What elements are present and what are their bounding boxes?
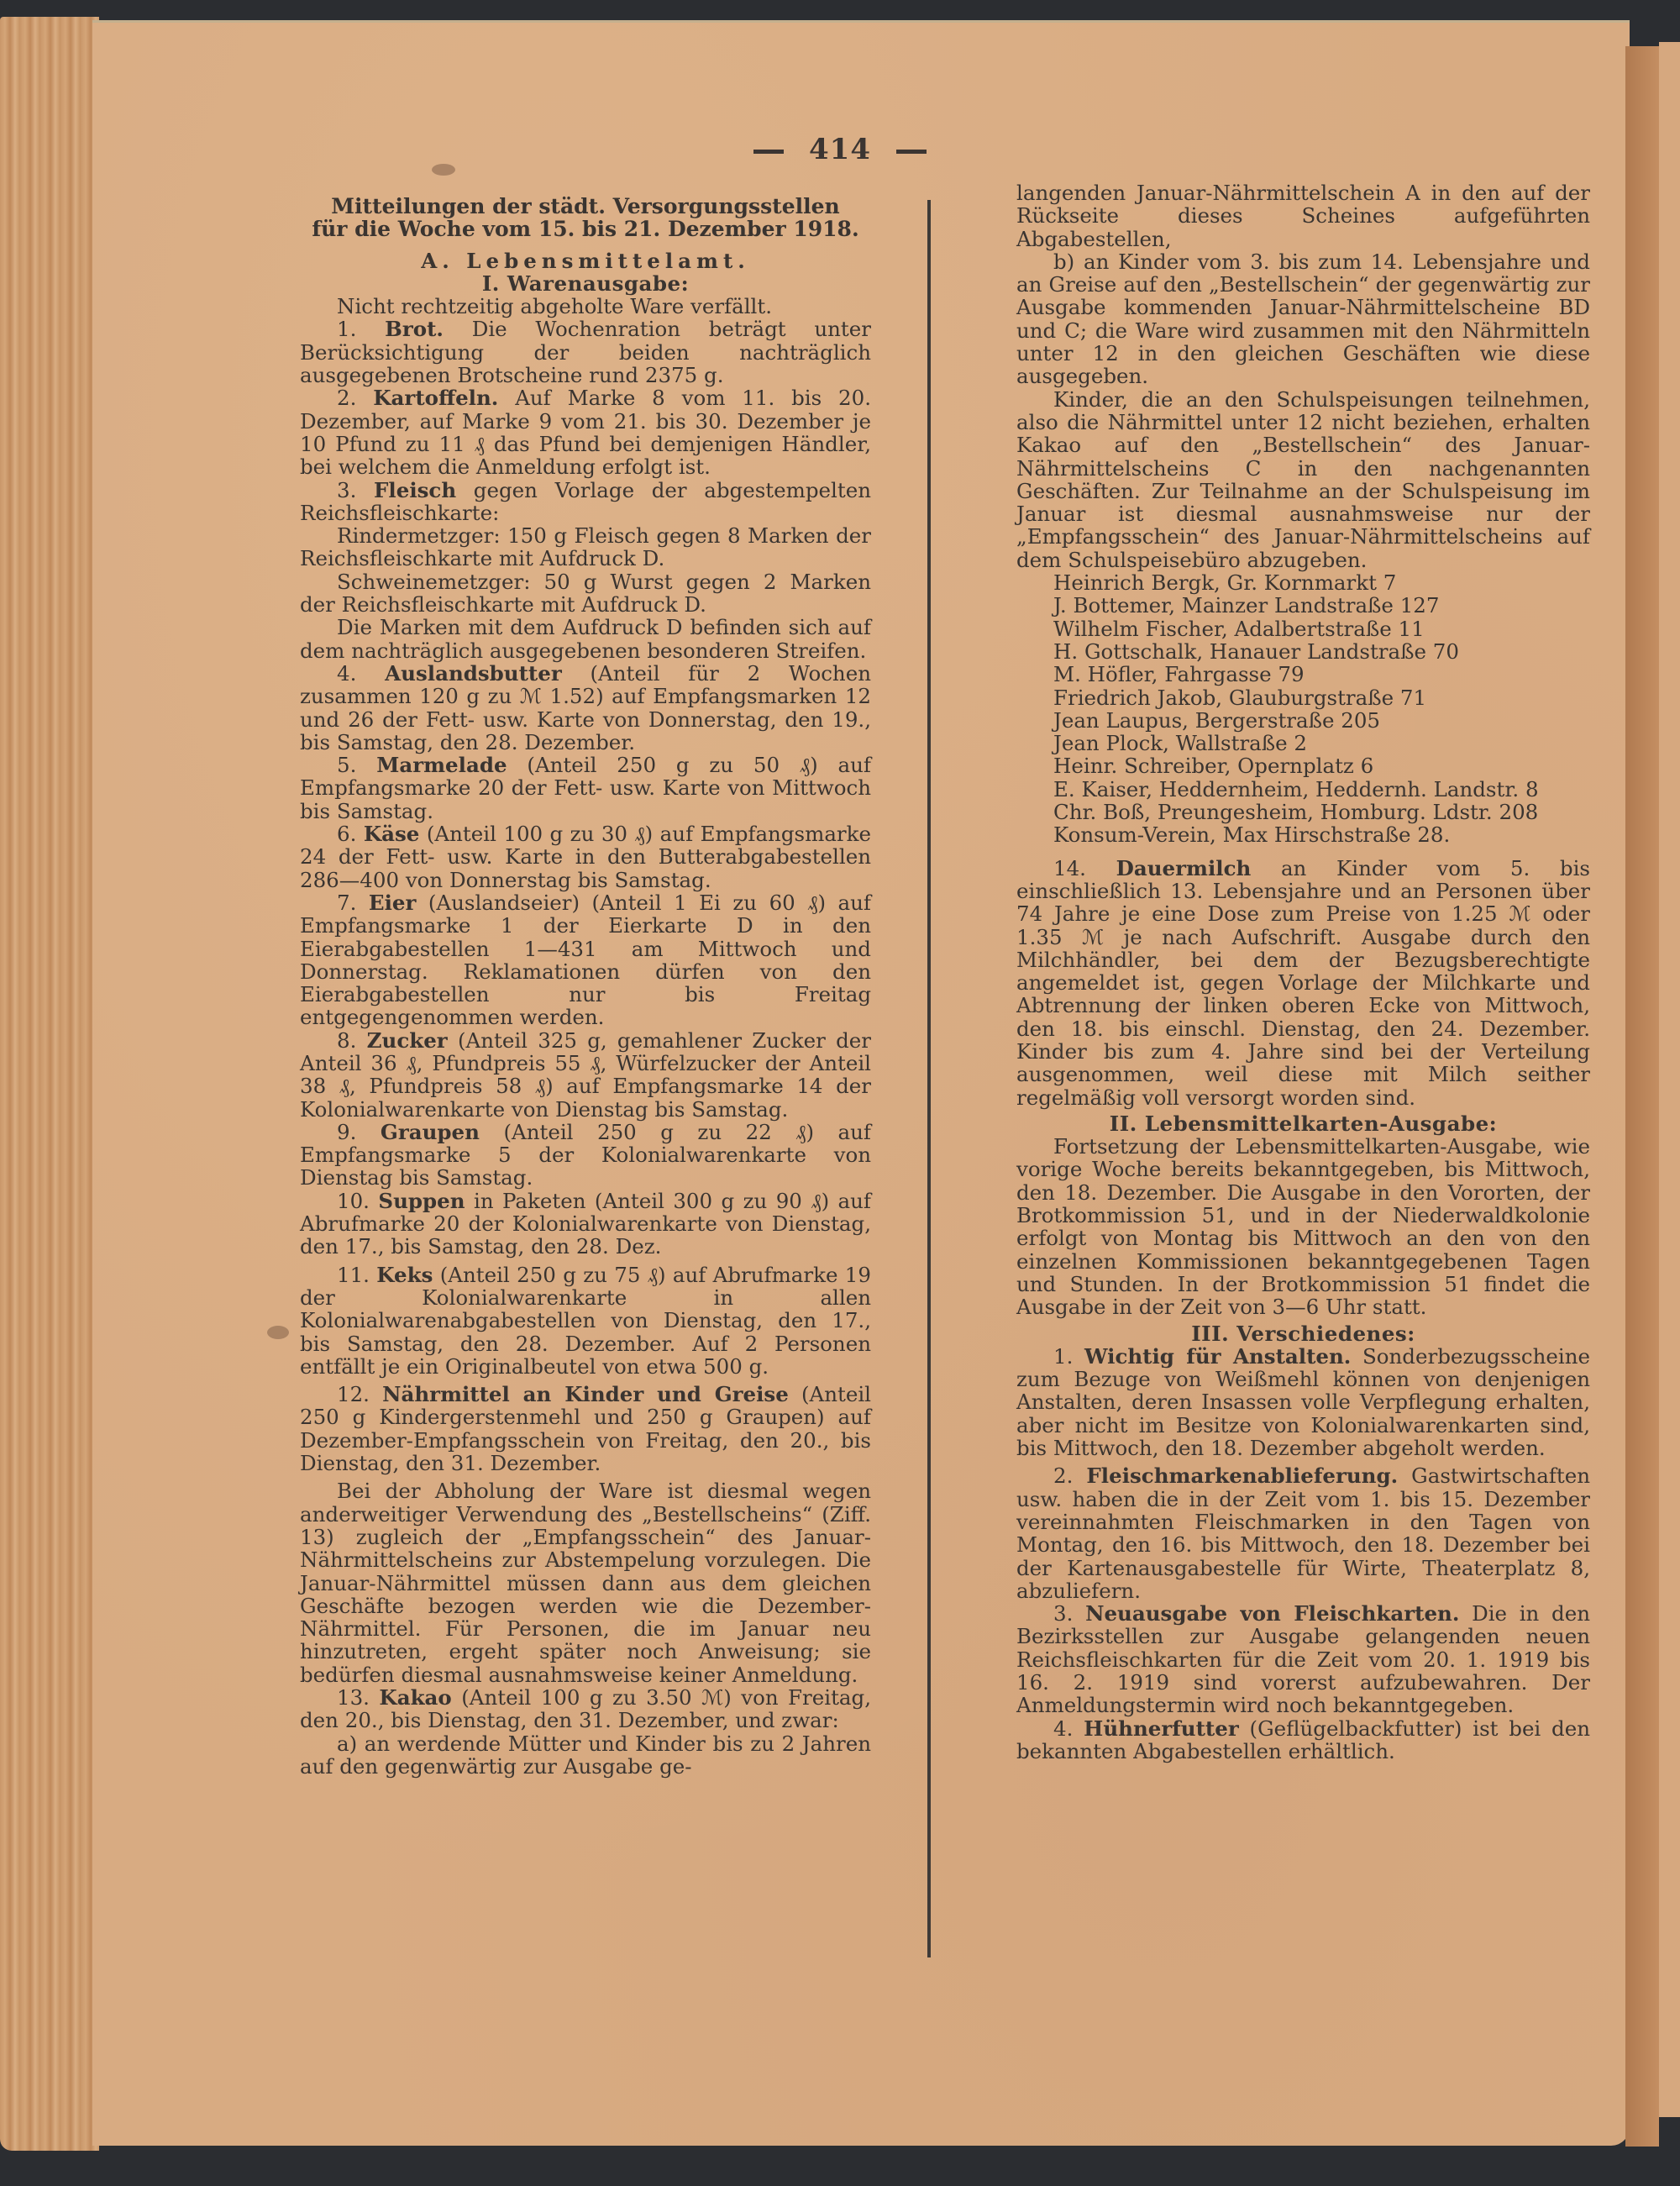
subsection-heading-1: I. Warenausgabe:: [300, 272, 871, 295]
address-list-item: E. Kaiser, Heddernheim, Heddernh. Landst…: [1016, 778, 1590, 801]
item-13: 13. Kakao (Anteil 100 g zu 3.50 ℳ) von F…: [300, 1686, 871, 1732]
address-list-item: H. Gottschalk, Hanauer Landstraße 70: [1016, 640, 1590, 663]
item-1: 1. Brot. Die Wochenration beträgt unter …: [300, 318, 871, 386]
address-list-item: Jean Plock, Wallstraße 2: [1016, 732, 1590, 754]
column-divider: [927, 200, 931, 1957]
item-9: 9. Graupen (Anteil 250 g zu 22 ₰) auf Em…: [300, 1121, 871, 1190]
address-list-item: Heinr. Schreiber, Opernplatz 6: [1016, 754, 1590, 777]
item-8: 8. Zucker (Anteil 325 g, gemahlener Zuck…: [300, 1029, 871, 1121]
misc-item-4: 4. Hühnerfutter (Geflügelbackfutter) ist…: [1016, 1717, 1590, 1763]
page-number-value: 414: [809, 133, 871, 166]
ink-stain: [267, 1326, 289, 1339]
intro-text: Nicht rechtzeitig abgeholte Ware verfäll…: [300, 295, 871, 318]
address-list-item: Konsum-Verein, Max Hirschstraße 28.: [1016, 823, 1590, 846]
left-column: Mitteilungen der städt. Versorgungsstell…: [300, 195, 871, 1778]
book-gutter: [1625, 46, 1659, 2147]
item-4: 4. Auslandsbutter (Anteil für 2 Wochen z…: [300, 662, 871, 754]
subsection-heading-2: II. Lebensmittelkarten-Ausgabe:: [1016, 1112, 1590, 1135]
item-2: 2. Kartoffeln. Auf Marke 8 vom 11. bis 2…: [300, 386, 871, 478]
item-14: 14. Dauermilch an Kinder vom 5. bis eins…: [1016, 857, 1590, 1109]
article-title-line1: Mitteilungen der städt. Versorgungsstell…: [300, 195, 871, 218]
item-5: 5. Marmelade (Anteil 250 g zu 50 ₰) auf …: [300, 754, 871, 822]
adjacent-page-edge: [1659, 42, 1680, 2117]
section-heading-a: A. Lebensmittelamt.: [300, 250, 871, 272]
address-list-item: Jean Laupus, Bergerstraße 205: [1016, 709, 1590, 732]
item-10: 10. Suppen in Paketen (Anteil 300 g zu 9…: [300, 1190, 871, 1259]
item-11: 11. Keks (Anteil 250 g zu 75 ₰) auf Abru…: [300, 1264, 871, 1378]
misc-item-1: 1. Wichtig für Anstalten. Sonderbezugssc…: [1016, 1345, 1590, 1459]
item-3-note: Die Marken mit dem Aufdruck D befinden s…: [300, 616, 871, 662]
item-3-rind: Rindermetzger: 150 g Fleisch gegen 8 Mar…: [300, 524, 871, 570]
address-list-item: Wilhelm Fischer, Adalbertstraße 11: [1016, 617, 1590, 640]
book-page-edges: [0, 17, 99, 2151]
right-column: langenden Januar-Nährmittelschein A in d…: [1016, 181, 1590, 1763]
item-12: 12. Nährmittel an Kinder und Greise (Ant…: [300, 1383, 871, 1474]
misc-item-3: 3. Neuausgabe von Fleischkarten. Die in …: [1016, 1602, 1590, 1716]
address-list-item: Friedrich Jakob, Glauburgstraße 71: [1016, 686, 1590, 709]
section-2-text: Fortsetzung der Lebensmittelkarten-Ausga…: [1016, 1135, 1590, 1318]
address-list-item: J. Bottemer, Mainzer Landstraße 127: [1016, 594, 1590, 617]
article-title-line2: für die Woche vom 15. bis 21. Dezember 1…: [300, 218, 871, 240]
item-3-schwein: Schweinemetzger: 50 g Wurst gegen 2 Mark…: [300, 570, 871, 617]
item-13a-continuation: langenden Januar-Nährmittelschein A in d…: [1016, 181, 1590, 250]
subsection-heading-3: III. Verschiedenes:: [1016, 1322, 1590, 1345]
page-number: 414: [0, 133, 1680, 166]
schulspeisung-note: Kinder, die an den Schulspeisungen teiln…: [1016, 388, 1590, 571]
item-13a: a) an werdende Mütter und Kinder bis zu …: [300, 1732, 871, 1779]
item-3: 3. Fleisch gegen Vorlage der abgestempel…: [300, 479, 871, 525]
address-list-item: Heinrich Bergk, Gr. Kornmarkt 7: [1016, 571, 1590, 594]
address-list-item: Chr. Boß, Preungesheim, Homburg. Ldstr. …: [1016, 801, 1590, 823]
misc-item-2: 2. Fleischmarkenablieferung. Gastwirtsch…: [1016, 1464, 1590, 1602]
item-13b: b) an Kinder vom 3. bis zum 14. Lebensja…: [1016, 250, 1590, 388]
item-6: 6. Käse (Anteil 100 g zu 30 ₰) auf Empfa…: [300, 822, 871, 891]
address-list-item: M. Höfler, Fahrgasse 79: [1016, 663, 1590, 686]
item-7: 7. Eier (Auslandseier) (Anteil 1 Ei zu 6…: [300, 891, 871, 1029]
dash-right: [896, 150, 927, 154]
dash-left: [753, 150, 784, 154]
item-12-note: Bei der Abholung der Ware ist diesmal we…: [300, 1479, 871, 1686]
